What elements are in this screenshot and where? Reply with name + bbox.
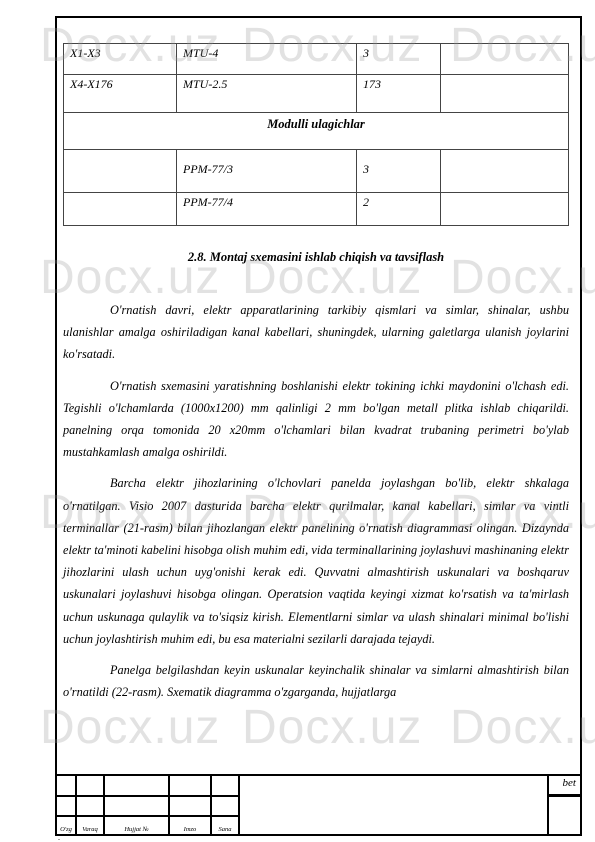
stamp-title-area: [240, 776, 549, 834]
table-row: X1-X3 MTU-4 3: [64, 44, 569, 75]
section-body: O'rnatish davri, elektr apparatlarining …: [63, 299, 569, 712]
stamp-col-date: Sana: [212, 776, 240, 834]
table-cell: MTU-4: [177, 44, 357, 75]
table-cell: 173: [357, 75, 441, 113]
stamp-label-sheet: Varaq: [77, 826, 103, 833]
stamp-divider: [57, 815, 240, 817]
table-cell: X1-X3: [64, 44, 177, 75]
table-cell: PPM-77/4: [177, 193, 357, 226]
paragraph: Panelga belgilashdan keyin uskunalar key…: [63, 659, 569, 703]
stamp-divider: [549, 794, 580, 797]
table-cell: [64, 193, 177, 226]
table-cell: 3: [357, 150, 441, 193]
stamp-label-date: Sana: [212, 826, 238, 833]
table-cell: X4-X176: [64, 75, 177, 113]
components-table: X1-X3 MTU-4 3 X4-X176 MTU-2.5 173 Modull…: [63, 43, 569, 226]
stamp-col-change: O'zg: [57, 776, 77, 834]
paragraph: Barcha elektr jihozlarining o'lchovlari …: [63, 472, 569, 650]
title-block: O'zg Varaq Hujjat № Imzo Sana bet: [55, 774, 582, 836]
paragraph: O'rnatish sxemasini yaratishning boshlan…: [63, 375, 569, 464]
table-cell: PPM-77/3: [177, 150, 357, 193]
table-row: X4-X176 MTU-2.5 173: [64, 75, 569, 113]
table-cell: [441, 75, 569, 113]
table-cell: 2: [357, 193, 441, 226]
table-cell: MTU-2.5: [177, 75, 357, 113]
stamp-col-sheet: Varaq: [77, 776, 105, 834]
paragraph: O'rnatish davri, elektr apparatlarining …: [63, 299, 569, 366]
table-row: PPM-77/4 2: [64, 193, 569, 226]
table-cell: [64, 150, 177, 193]
stamp-page-label: bet: [563, 777, 576, 789]
table-cell: 3: [357, 44, 441, 75]
table-cell: [441, 150, 569, 193]
stamp-label-signature: Imzo: [170, 826, 210, 833]
stamp-col-document: Hujjat №: [105, 776, 170, 834]
table-cell: [441, 193, 569, 226]
stamp-label-document: Hujjat №: [105, 826, 168, 833]
table-section-label: Modulli ulagichlar: [64, 113, 569, 150]
stamp-col-signature: Imzo: [170, 776, 212, 834]
stray-mark: .: [58, 833, 60, 842]
table-cell: [441, 44, 569, 75]
stamp-divider: [57, 795, 240, 797]
stamp-page-box: bet: [549, 776, 580, 834]
table-row: PPM-77/3 3: [64, 150, 569, 193]
stamp-label-change: O'zg: [57, 826, 75, 833]
section-heading: 2.8. Montaj sxemasini ishlab chiqish va …: [63, 250, 569, 265]
table-section-row: Modulli ulagichlar: [64, 113, 569, 150]
